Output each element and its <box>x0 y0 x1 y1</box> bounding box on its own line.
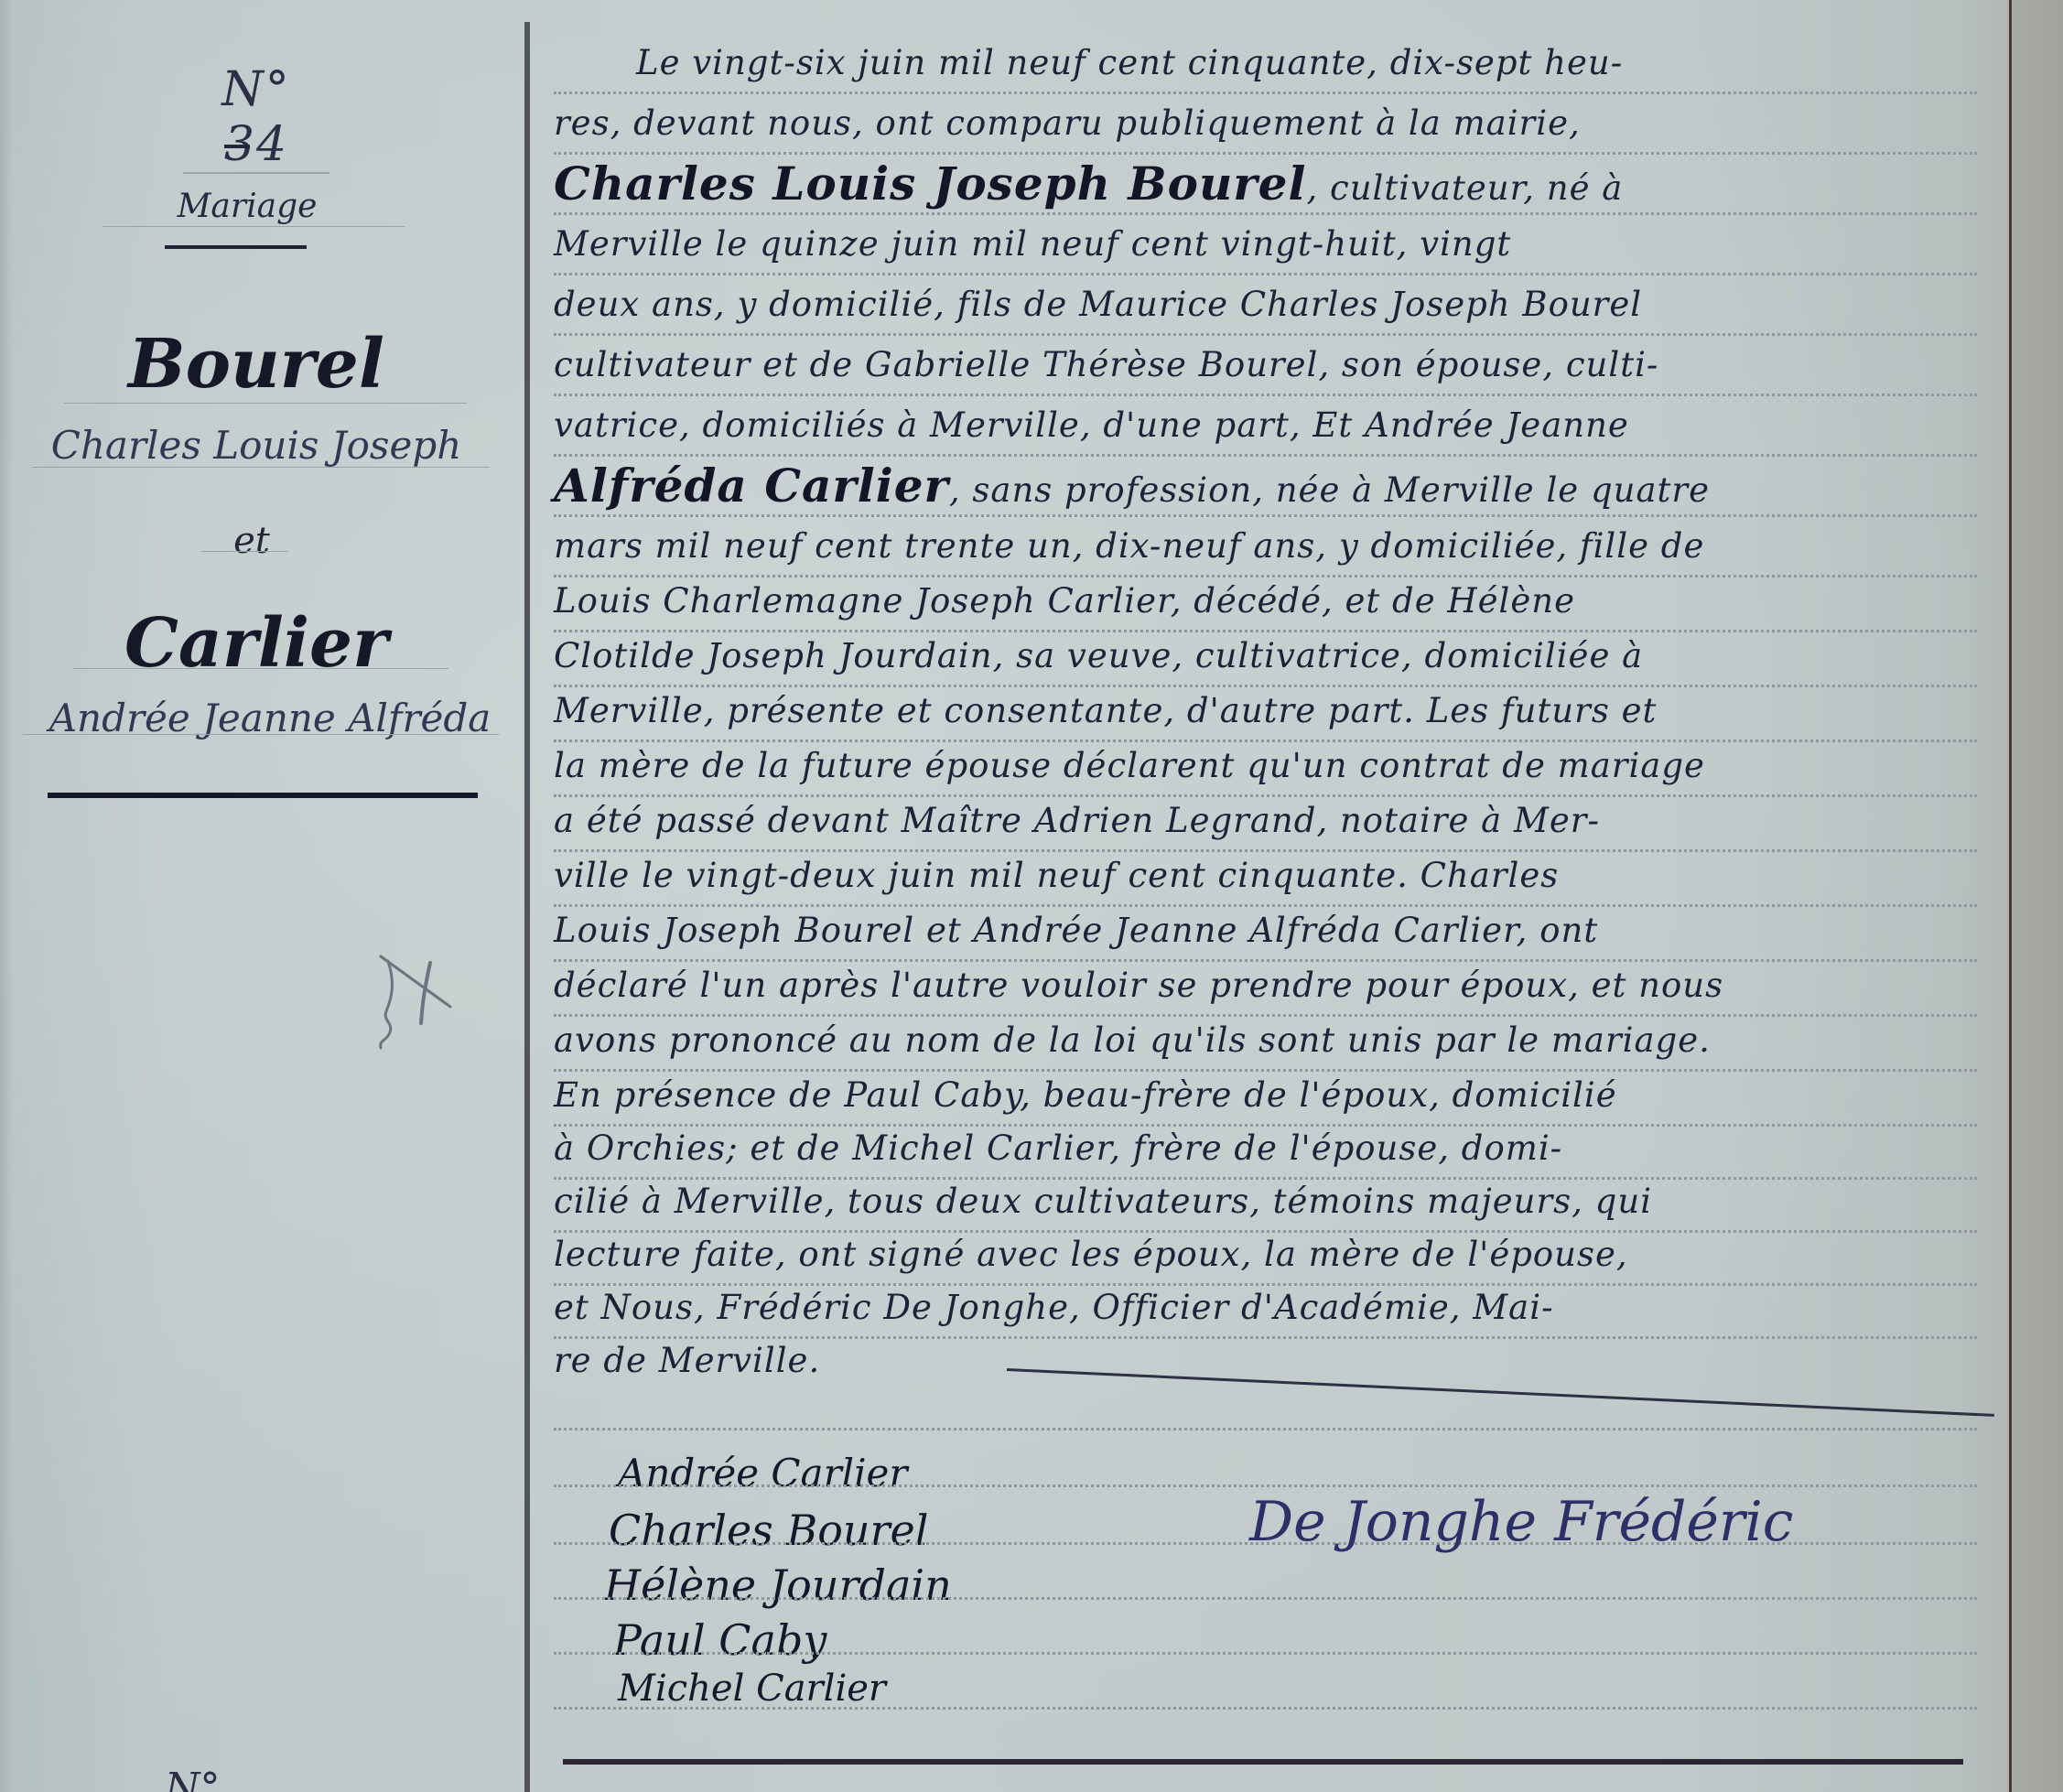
entry-separator-bar <box>563 1759 1963 1765</box>
act-line: à Orchies; et de Michel Carlier, frère d… <box>554 1120 1977 1180</box>
act-line: res, devant nous, ont comparu publiqueme… <box>554 95 1977 155</box>
bride-surname: Carlier <box>92 604 421 683</box>
act-line: Merville, présente et consentante, d'aut… <box>554 683 1977 742</box>
column-divider <box>524 22 530 1792</box>
ruled-line <box>23 734 499 735</box>
margin-column: N° 34 Mariage Bourel Charles Louis Josep… <box>0 0 524 1792</box>
act-line: a été passé devant Maître Adrien Legrand… <box>554 793 1977 852</box>
act-line: Louis Charlemagne Joseph Carlier, décédé… <box>554 573 1977 632</box>
pencil-initials-icon <box>375 934 458 1053</box>
act-line: deux ans, y domicilié, fils de Maurice C… <box>554 276 1977 336</box>
ruled-line <box>32 467 490 468</box>
act-line: déclaré l'un après l'autre vouloir se pr… <box>554 957 1977 1017</box>
act-line: mars mil neuf cent trente un, dix-neuf a… <box>554 518 1977 578</box>
ruled-line <box>554 1707 1977 1710</box>
groom-full-name: Charles Louis Joseph Bourel <box>554 157 1306 211</box>
ruled-line <box>103 226 405 227</box>
entry-number-dash <box>224 145 250 148</box>
act-line: En présence de Paul Caby, beau-frère de … <box>554 1067 1977 1127</box>
act-line: Le vingt-six juin mil neuf cent cinquant… <box>554 35 1977 94</box>
ruled-line <box>554 1428 1977 1430</box>
act-line: Clotilde Joseph Jourdain, sa veuve, cult… <box>554 628 1977 687</box>
act-line: lecture faite, ont signé avec les époux,… <box>554 1226 1977 1286</box>
act-line: Alfréda Carlier, sans profession, née à … <box>554 458 1977 517</box>
act-line: la mère de la future épouse déclarent qu… <box>554 738 1977 797</box>
ruled-line <box>554 1597 1977 1600</box>
ruled-line <box>64 403 467 404</box>
act-line: ville le vingt-deux juin mil neuf cent c… <box>554 847 1977 907</box>
act-type-underline <box>165 245 307 249</box>
groom-surname: Bourel <box>82 325 430 404</box>
signature-mayor: De Jonghe Frédéric <box>1249 1490 1793 1554</box>
signature-michel-carlier: Michel Carlier <box>618 1668 886 1710</box>
page-right-edge <box>2009 0 2063 1792</box>
register-page: N° 34 Mariage Bourel Charles Louis Josep… <box>0 0 2063 1792</box>
act-line: et Nous, Frédéric De Jonghe, Officier d'… <box>554 1279 1977 1339</box>
signature-andree-carlier: Andrée Carlier <box>618 1451 907 1495</box>
margin-end-bar <box>48 793 478 798</box>
ruled-line <box>554 1484 1977 1487</box>
signature-paul-caby: Paul Caby <box>613 1615 826 1665</box>
act-line: avons prononcé au nom de la loi qu'ils s… <box>554 1012 1977 1072</box>
ruled-line <box>201 551 288 552</box>
entry-number: N° 34 <box>183 62 329 174</box>
ruled-line <box>73 668 448 669</box>
conjunction-et: et <box>201 520 302 562</box>
ruled-line <box>554 1652 1977 1655</box>
act-type: Mariage <box>156 188 339 225</box>
act-line: cilié à Merville, tous deux cultivateurs… <box>554 1173 1977 1233</box>
signature-charles-bourel: Charles Bourel <box>609 1506 928 1555</box>
groom-given-names: Charles Louis Joseph <box>27 423 485 468</box>
act-line: Louis Joseph Bourel et Andrée Jeanne Alf… <box>554 902 1977 962</box>
act-line: vatrice, domiciliés à Merville, d'une pa… <box>554 397 1977 457</box>
act-line: cultivateur et de Gabrielle Thérèse Bour… <box>554 337 1977 396</box>
next-entry-number: N° 35 <box>165 1765 275 1792</box>
bride-full-name: Alfréda Carlier <box>554 459 949 513</box>
act-line: Merville le quinze juin mil neuf cent vi… <box>554 216 1977 275</box>
signature-helene-jourdain: Hélène Jourdain <box>604 1560 952 1610</box>
act-body: Le vingt-six juin mil neuf cent cinquant… <box>554 0 1995 1792</box>
act-line: Charles Louis Joseph Bourel, cultivateur… <box>554 156 1977 215</box>
